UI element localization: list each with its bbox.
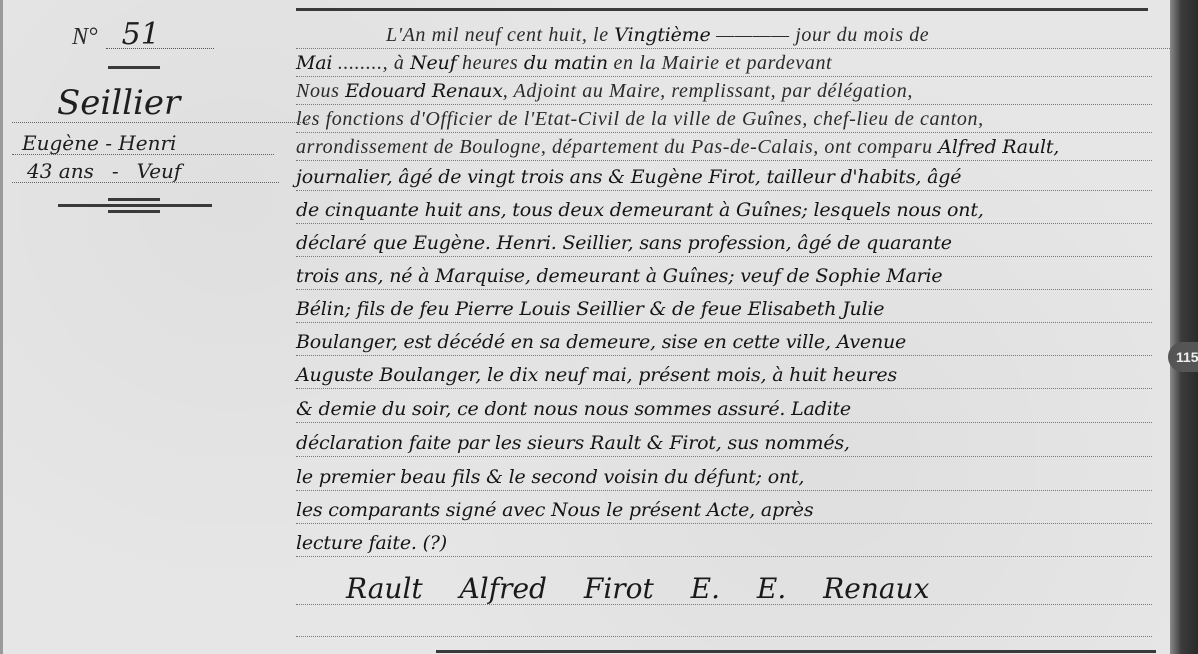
printed-text: ———— jour du mois de (711, 24, 930, 46)
printed-text: Nous (296, 80, 345, 102)
age-separator: - (100, 160, 130, 182)
record-number-label: N° (72, 24, 98, 51)
record-line: déclaré que Eugène. Henri. Seillier, san… (296, 230, 1152, 257)
signature-line (296, 636, 1152, 637)
printed-text: en la Mairie et pardevant (608, 52, 832, 74)
margin-divider (108, 198, 160, 201)
deceased-age: 43 ans (27, 159, 94, 183)
handwritten-entry: Vingtième (614, 24, 710, 46)
printed-text: les fonctions d'Officier de l'Etat-Civil… (296, 108, 984, 130)
handwritten-entry: Edouard Renaux (345, 80, 503, 102)
record-line: Mai ........, à Neuf heures du matin en … (296, 50, 1152, 77)
record-line: trois ans, né à Marquise, demeurant à Gu… (296, 263, 1152, 290)
handwritten-entry: trois ans, né à Marquise, demeurant à Gu… (296, 265, 942, 287)
record-line: L'An mil neuf cent huit, le Vingtième ——… (296, 22, 1198, 49)
record-line: les fonctions d'Officier de l'Etat-Civil… (296, 106, 1152, 133)
record-number-value: 51 (106, 22, 214, 49)
margin-divider (58, 204, 212, 207)
handwritten-entry: Mai (296, 52, 332, 74)
signature-firot: Firot E. (584, 572, 720, 605)
handwritten-entry: déclaration faite par les sieurs Rault &… (296, 432, 850, 454)
handwritten-entry: déclaré que Eugène. Henri. Seillier, san… (296, 232, 952, 254)
deceased-given-names: Eugène - Henri (12, 132, 274, 155)
handwritten-entry: lecture faite. (?) (296, 532, 447, 554)
printed-text: , Adjoint au Maire, remplissant, par dél… (503, 80, 913, 102)
margin-divider (108, 66, 160, 69)
signatures: Rault Alfred Firot E. E. Renaux (346, 572, 929, 605)
record-line: journalier, âgé de vingt trois ans & Eug… (296, 164, 1152, 191)
document-page: N° 51 Seillier Eugène - Henri 43 ans - V… (0, 0, 1170, 654)
record-line: les comparants signé avec Nous le présen… (296, 497, 1152, 524)
handwritten-entry: Boulanger, est décédé en sa demeure, sis… (296, 331, 906, 353)
signature-line (296, 604, 1152, 605)
book-spine-shadow (1170, 0, 1198, 654)
record-line: de cinquante huit ans, tous deux demeura… (296, 197, 1152, 224)
printed-text: ........, à (332, 52, 410, 74)
handwritten-entry: Bélin; fils de feu Pierre Louis Seillier… (296, 298, 884, 320)
handwritten-entry: le premier beau fils & le second voisin … (296, 466, 804, 488)
signature-rault: Rault Alfred (346, 572, 547, 605)
deceased-civil-status: Veuf (137, 159, 182, 183)
handwritten-entry: du matin (524, 52, 608, 74)
margin-column: N° 51 Seillier Eugène - Henri 43 ans - V… (0, 0, 280, 654)
margin-divider (108, 210, 160, 213)
signature-renaux: E. Renaux (757, 572, 929, 605)
record-line: & demie du soir, ce dont nous nous somme… (296, 396, 1152, 423)
record-line: Boulanger, est décédé en sa demeure, sis… (296, 329, 1152, 356)
handwritten-entry: Auguste Boulanger, le dix neuf mai, prés… (296, 364, 897, 386)
record-line: lecture faite. (?) (296, 530, 1152, 557)
record-line: Bélin; fils de feu Pierre Louis Seillier… (296, 296, 1152, 323)
record-line: Auguste Boulanger, le dix neuf mai, prés… (296, 362, 1152, 389)
record-line: déclaration faite par les sieurs Rault &… (296, 430, 1152, 457)
deceased-surname: Seillier (12, 84, 309, 123)
handwritten-entry: de cinquante huit ans, tous deux demeura… (296, 199, 984, 221)
record-line: arrondissement de Boulogne, département … (296, 134, 1152, 161)
handwritten-entry: journalier, âgé de vingt trois ans & Eug… (296, 166, 961, 188)
handwritten-entry: & demie du soir, ce dont nous nous somme… (296, 398, 851, 420)
page-number-badge[interactable]: 115 (1168, 342, 1198, 372)
handwritten-entry: Alfred Rault, (938, 136, 1059, 158)
bottom-rule (436, 650, 1156, 653)
handwritten-entry: les comparants signé avec Nous le présen… (296, 499, 813, 521)
printed-text: arrondissement de Boulogne, département … (296, 136, 938, 158)
record-number: N° 51 (72, 22, 214, 51)
top-rule (408, 8, 1148, 11)
printed-text: heures (456, 52, 523, 74)
printed-text: L'An mil neuf cent huit, le (386, 24, 614, 46)
record-line: Nous Edouard Renaux, Adjoint au Maire, r… (296, 78, 1152, 105)
handwritten-entry: Neuf (410, 52, 456, 74)
record-line: le premier beau fils & le second voisin … (296, 464, 1152, 491)
deceased-age-status: 43 ans - Veuf (12, 160, 279, 183)
